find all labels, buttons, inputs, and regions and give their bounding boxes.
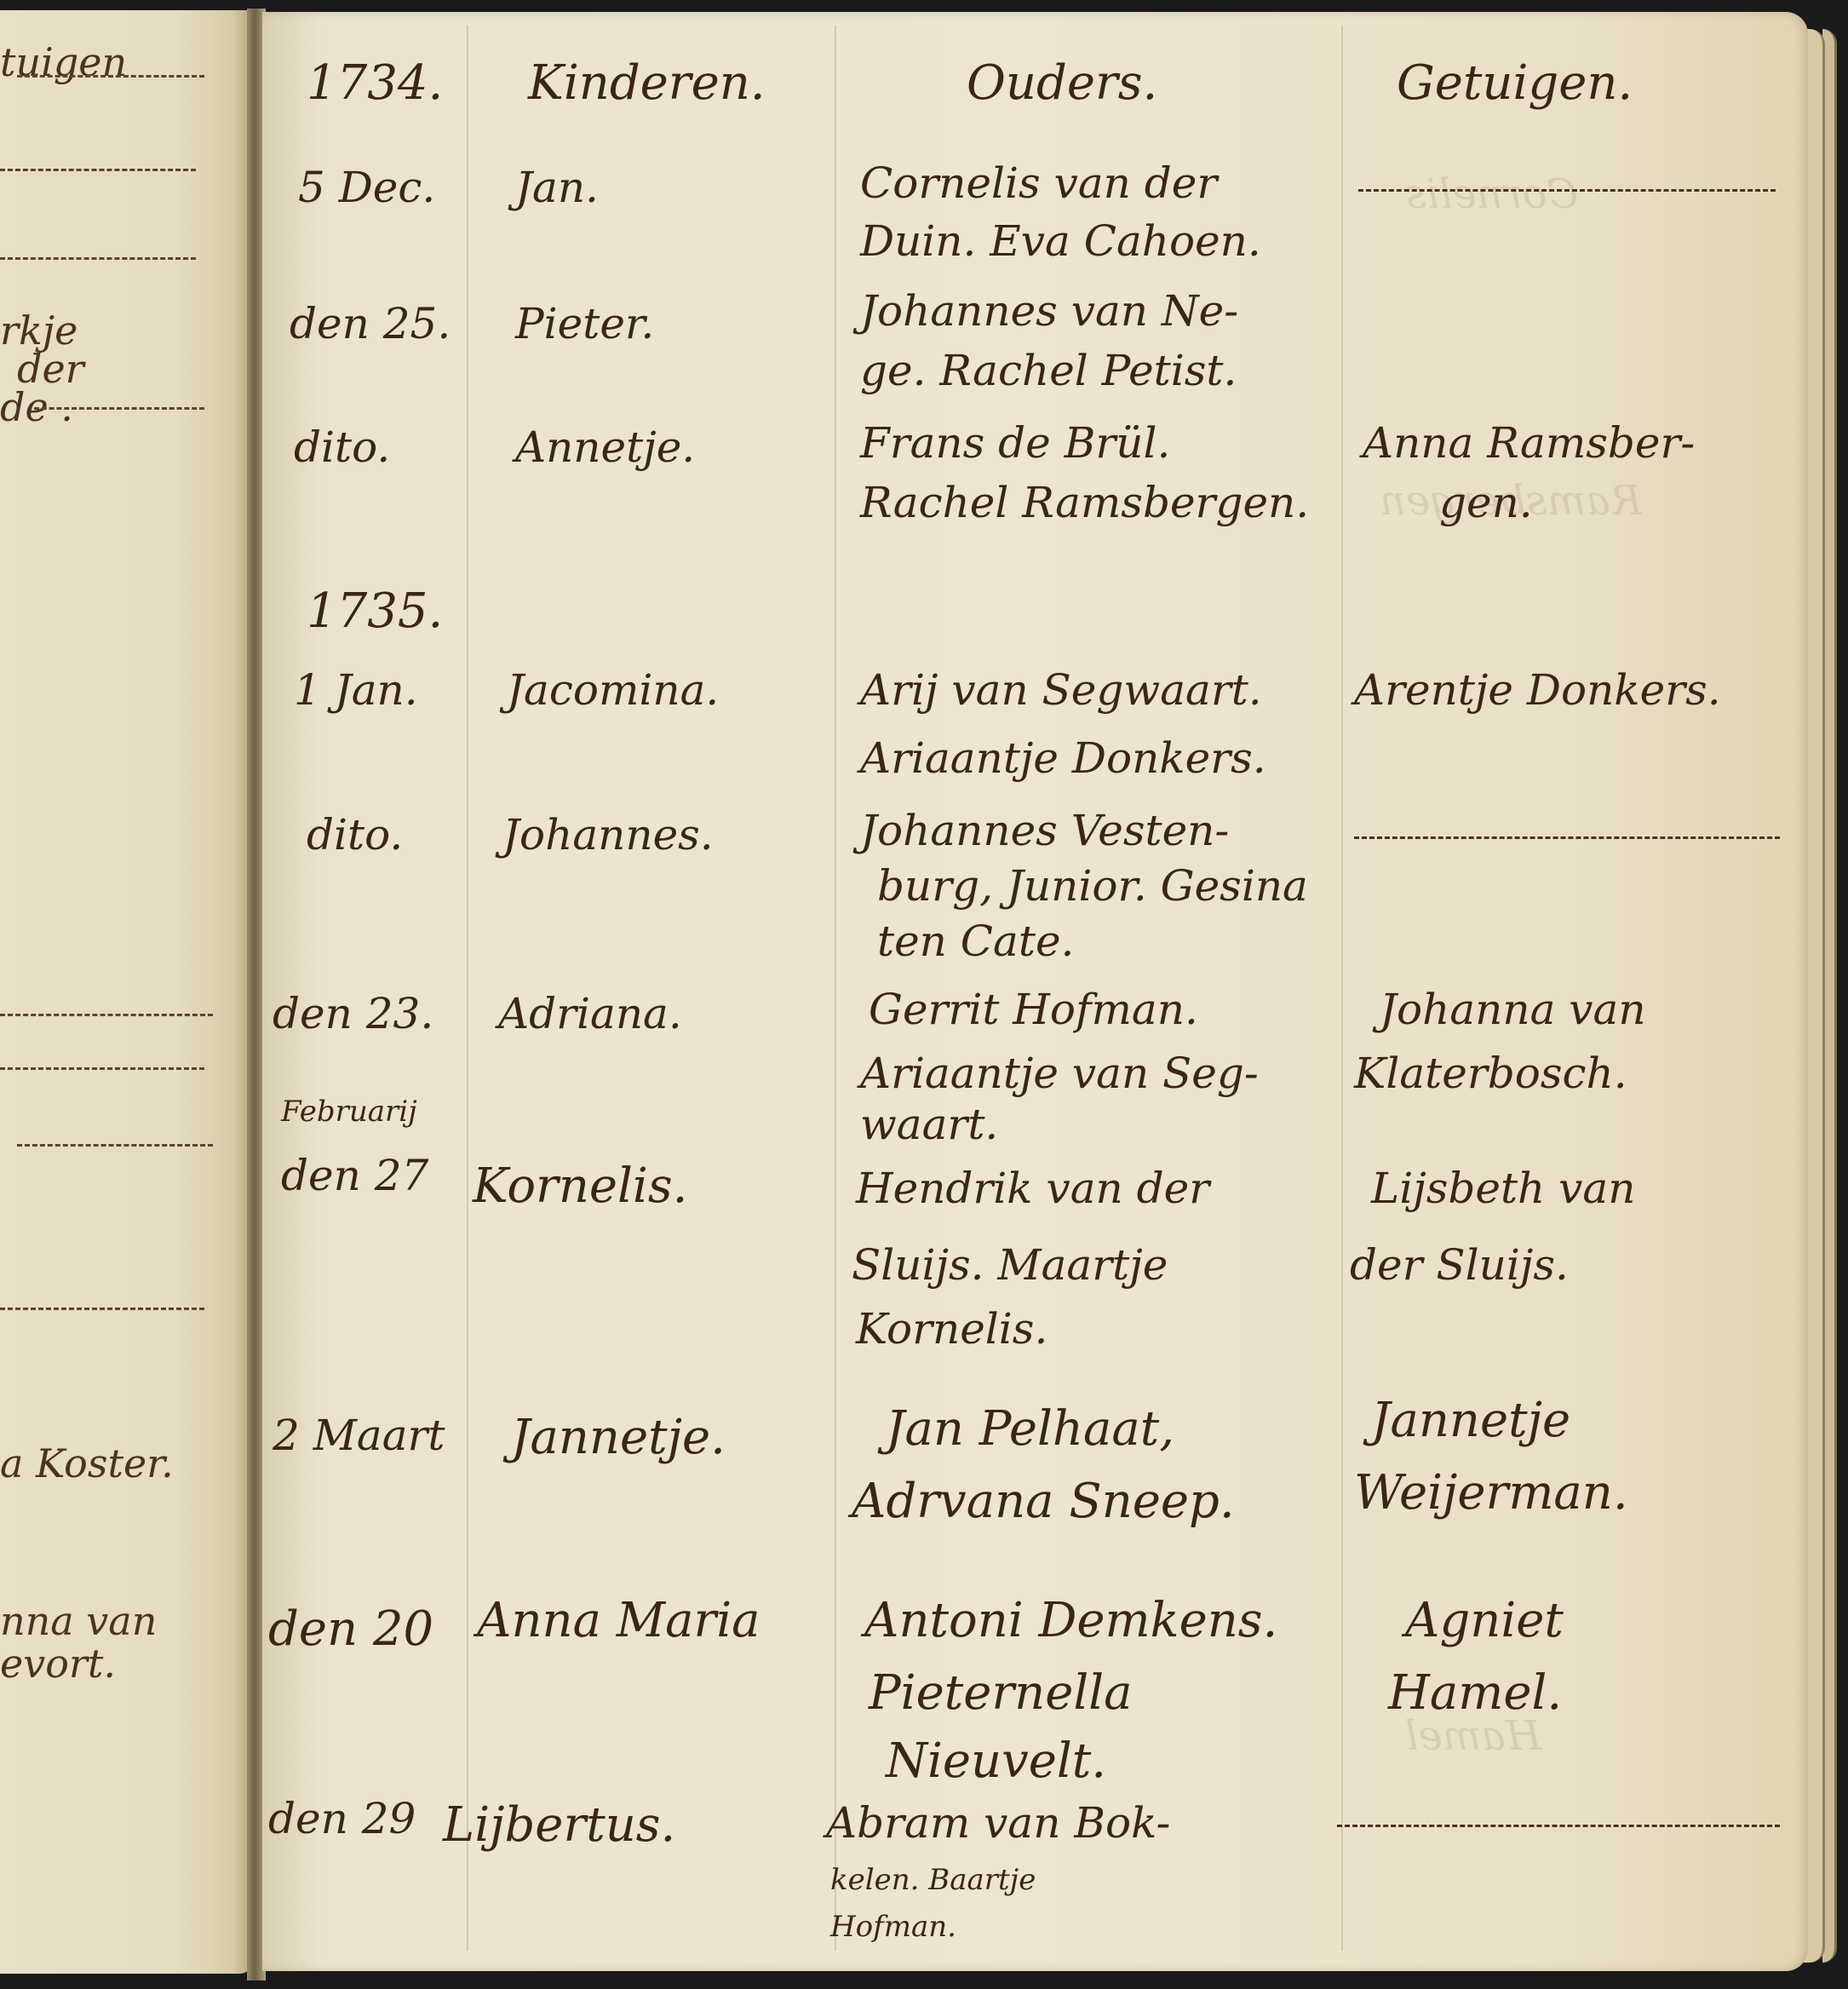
entry-parents-line: Kornelis.	[856, 1308, 1047, 1350]
left-dash	[17, 75, 204, 80]
entry-parents-line: kelen. Baartje	[830, 1865, 1036, 1894]
column-rule-children	[835, 26, 836, 1951]
entry-parents-line: Pieternella	[869, 1670, 1133, 1717]
entry-child: Kornelis.	[473, 1163, 687, 1210]
entry-parents-line: Duin. Eva Cahoen.	[860, 220, 1261, 262]
entry-parents-line: Adrvana Sneep.	[852, 1478, 1235, 1526]
left-fragment: nna van	[0, 1601, 157, 1641]
entry-date: 5 Dec.	[298, 166, 435, 209]
entry-parents-line: Arij van Segwaart.	[860, 669, 1262, 711]
entry-parents-line: Ariaantje Donkers.	[860, 737, 1266, 779]
left-dash	[0, 257, 196, 262]
entry-parents-line: Hendrik van der	[856, 1167, 1209, 1210]
entry-parents-line: Sluijs. Maartje	[852, 1244, 1168, 1286]
entry-witnesses-line: Jannetje	[1371, 1397, 1570, 1445]
entry-month: Februarij	[281, 1097, 417, 1126]
entry-child: Pieter.	[515, 302, 654, 345]
entry-parents-line: Gerrit Hofman.	[869, 988, 1198, 1031]
entry-date: den 20	[268, 1606, 433, 1653]
entry-date: den 25.	[290, 302, 451, 345]
entry-child: Lijbertus.	[443, 1802, 675, 1849]
entry-child: Adriana.	[498, 992, 682, 1035]
column-rule-date	[467, 26, 468, 1951]
entry-witnesses-line: Klaterbosch.	[1354, 1052, 1627, 1095]
left-fragment: rkje	[0, 311, 77, 350]
entry-date: dito.	[294, 426, 390, 469]
entry-witnesses-line: Hamel.	[1388, 1670, 1562, 1717]
left-dash	[0, 1014, 213, 1019]
left-dash	[0, 169, 196, 174]
entry-parents-line: burg, Junior. Gesina	[877, 865, 1308, 907]
entry-parents-line: waart.	[860, 1103, 998, 1146]
entry-parents-line: Johannes van Ne-	[860, 290, 1238, 332]
entry-witnesses-line: Johanna van	[1380, 988, 1646, 1031]
entry-child: Jacomina.	[507, 669, 719, 711]
entry-date: den 27	[281, 1154, 428, 1197]
bleed-through: Cornelis	[1405, 170, 1578, 218]
entry-parents-line: Jan Pelhaat,	[886, 1406, 1174, 1453]
entry-parents-line: ge. Rachel Petist.	[860, 349, 1237, 392]
entry-witnesses-line: Agniet	[1405, 1597, 1564, 1645]
left-dash	[0, 1067, 204, 1072]
entry-witnesses-line: der Sluijs.	[1350, 1244, 1569, 1286]
entry-child: Johannes.	[502, 813, 714, 856]
header-year: 1734.	[307, 60, 443, 107]
entry-witnesses-line: Arentje Donkers.	[1354, 669, 1721, 711]
entry-date: den 29	[268, 1797, 416, 1840]
entry-witnesses-blank	[1337, 1825, 1780, 1830]
entry-parents-line: Hofman.	[830, 1912, 956, 1941]
entry-witnesses-line: Weijerman.	[1354, 1469, 1628, 1517]
entry-date: 1 Jan.	[294, 669, 418, 711]
entry-parents-line: Frans de Brül.	[860, 422, 1170, 464]
column-rule-parents	[1341, 26, 1343, 1951]
entry-date: dito.	[307, 813, 403, 856]
entry-date: den 23.	[273, 992, 433, 1035]
year-marker: 1735.	[307, 588, 443, 635]
left-fragment: der	[17, 349, 84, 388]
header-children: Kinderen.	[528, 60, 766, 107]
entry-child: Jannetje.	[511, 1414, 726, 1462]
header-parents: Ouders.	[967, 60, 1157, 107]
entry-parents-line: Antoni Demkens.	[864, 1597, 1277, 1645]
left-dash	[0, 1308, 204, 1313]
entry-witnesses-blank	[1354, 836, 1780, 842]
left-dash	[17, 1144, 213, 1149]
header-witnesses: Getuigen.	[1397, 60, 1633, 107]
entry-witnesses-line: Anna Ramsber-	[1363, 422, 1695, 464]
entry-parents-line: Johannes Vesten-	[860, 809, 1229, 852]
entry-witnesses-line: Lijsbeth van	[1371, 1167, 1635, 1210]
left-fragment: a Koster.	[0, 1444, 174, 1483]
entry-date: 2 Maart	[273, 1414, 445, 1457]
entry-parents-line: Nieuvelt.	[886, 1738, 1106, 1785]
entry-parents-line: Cornelis van der	[860, 162, 1217, 204]
left-fragment: evort.	[0, 1644, 116, 1683]
entry-child: Annetje.	[515, 426, 695, 469]
entry-child: Anna Maria	[477, 1597, 760, 1645]
entry-parents-line: Ariaantje van Seg-	[860, 1052, 1259, 1095]
entry-witnesses-line: gen.	[1439, 481, 1533, 524]
entry-child: Jan.	[515, 166, 599, 209]
entry-parents-line: Rachel Ramsbergen.	[860, 481, 1309, 524]
entry-witnesses-blank	[1358, 189, 1776, 194]
entry-parents-line: Abram van Bok-	[826, 1802, 1170, 1844]
left-dash	[34, 407, 204, 412]
entry-parents-line: ten Cate.	[877, 920, 1074, 963]
